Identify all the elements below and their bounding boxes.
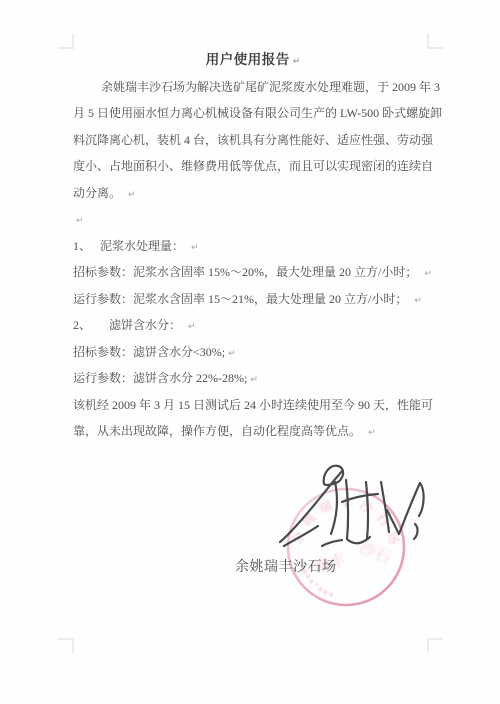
paragraph-mark-icon: ↵ [228,349,236,359]
list-item-1-heading: 1、 泥浆水处理量：↵ [73,233,433,260]
text-boundary-mark-top-left [58,34,74,49]
paragraph-mark-icon: ↵ [188,322,196,332]
paragraph-mark-icon: ↵ [424,269,432,279]
paragraph-mark-icon: ↵ [414,296,422,306]
list-item-text: 招标参数：滤饼含水分<30%; [73,345,225,359]
paragraph-line: 料沉降离心机，装机 4 台，该机具有分离性能好、适应性强、劳动强 [73,127,433,154]
paragraph-line: 月 5 日使用丽水恒力离心机械设备有限公司生产的 LW-500 卧式螺旋卸 [73,100,433,127]
paragraph-mark-icon: ↵ [76,216,84,226]
paragraph-text: 该机经 2009 年 3 月 15 日测试后 24 小时连续使用至今 90 天，… [73,398,433,412]
paragraph-text: 动分离。 [73,186,121,200]
paragraph-mark-icon: ↵ [191,243,199,253]
paragraph-mark-icon: ↵ [293,57,301,67]
paragraph-mark-icon: ↵ [368,428,376,438]
list-item-2-bid-parameters: 招标参数：滤饼含水分<30%;↵ [73,339,433,366]
paragraph-text: 余姚瑞丰沙石场为解决选矿尾矿泥浆废水处理难题，于 2009 年 3 [101,80,440,94]
list-item-text: 运行参数：泥浆水含固率 15～21%，最大处理量 20 立方/小时； [73,292,407,306]
document-title-line: 用户使用报告↵ [73,47,433,74]
paragraph-line: 余姚瑞丰沙石场为解决选矿尾矿泥浆废水处理难题，于 2009 年 3 [73,74,433,101]
list-item-2-run-parameters: 运行参数：滤饼含水分 22%-28%;↵ [73,365,433,392]
document-title: 用户使用报告 [206,52,290,67]
list-item-1-bid-parameters: 招标参数：泥浆水含固率 15%～20%，最大处理量 20 立方/小时；↵ [73,259,433,286]
empty-line: ↵ [73,206,433,233]
paragraph-line: 靠，从未出现故障，操作方便，自动化程度高等优点。↵ [73,418,433,445]
list-item-text: 招标参数：泥浆水含固率 15%～20%，最大处理量 20 立方/小时； [73,265,417,279]
text-boundary-mark-bottom-right [427,638,443,653]
document-body: 用户使用报告↵ 余姚瑞丰沙石场为解决选矿尾矿泥浆废水处理难题，于 2009 年 … [73,47,433,445]
paragraph-line: 动分离。↵ [73,180,433,207]
list-item-2-heading: 2、 滤饼含水分：↵ [73,312,433,339]
document-page: 用户使用报告↵ 余姚瑞丰沙石场为解决选矿尾矿泥浆废水处理难题，于 2009 年 … [0,0,500,704]
paragraph-mark-icon: ↵ [250,375,258,385]
paragraph-line: 度小、占地面积小、维修费用低等优点，而且可以实现密闭的连续自 [73,153,433,180]
paragraph-text: 料沉降离心机，装机 4 台，该机具有分离性能好、适应性强、劳动强 [73,133,433,147]
paragraph-text: 月 5 日使用丽水恒力离心机械设备有限公司生产的 LW-500 卧式螺旋卸 [73,106,442,120]
paragraph-line: 该机经 2009 年 3 月 15 日测试后 24 小时连续使用至今 90 天，… [73,392,433,419]
list-item-text: 运行参数：滤饼含水分 22%-28%; [73,371,247,385]
text-boundary-mark-bottom-left [58,638,74,653]
handwritten-signature [278,450,438,562]
paragraph-text: 度小、占地面积小、维修费用低等优点，而且可以实现密闭的连续自 [73,159,433,173]
list-item-text: 1、 泥浆水处理量： [73,239,184,253]
list-item-text: 2、 滤饼含水分： [73,318,181,332]
paragraph-text: 靠，从未出现故障，操作方便，自动化程度高等优点。 [73,424,361,438]
list-item-1-run-parameters: 运行参数：泥浆水含固率 15～21%，最大处理量 20 立方/小时；↵ [73,286,433,313]
paragraph-mark-icon: ↵ [128,190,136,200]
